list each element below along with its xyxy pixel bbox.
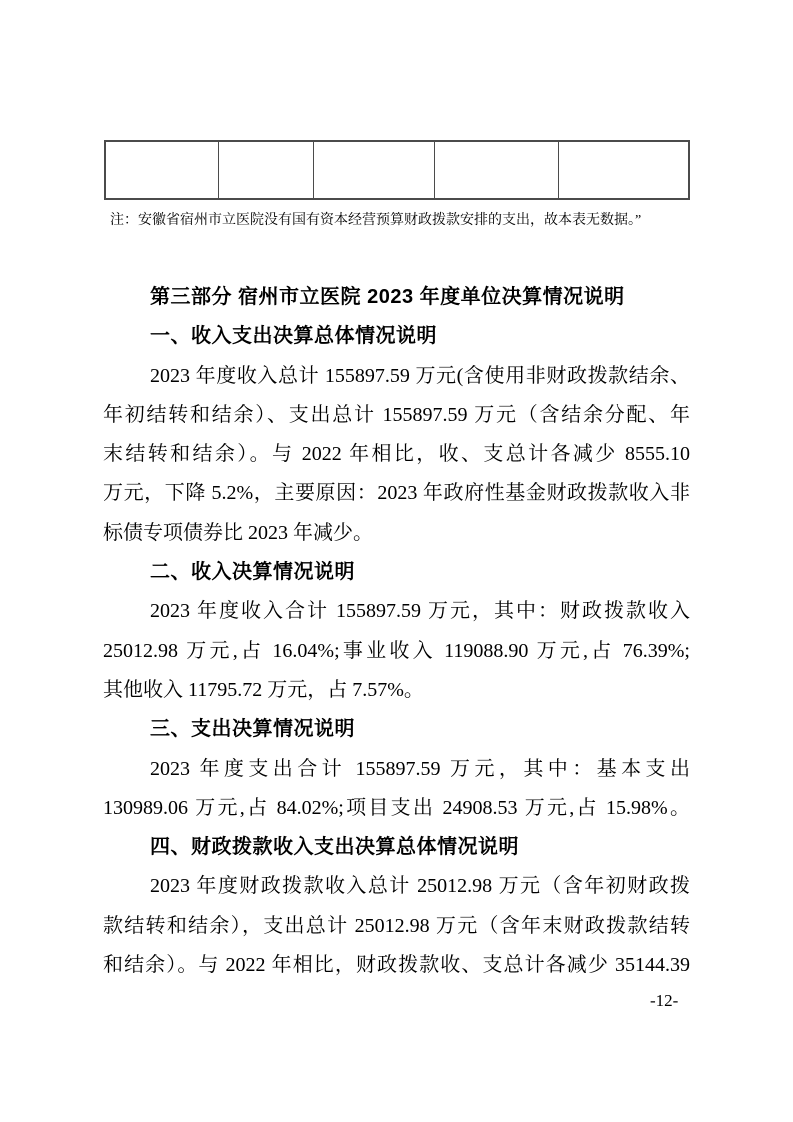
section3-heading: 三、支出决算情况说明 [103, 710, 690, 749]
report-body: 第三部分 宿州市立医院 2023 年度单位决算情况说明 一、收入支出决算总体情况… [103, 278, 690, 985]
section1-heading: 一、收入支出决算总体情况说明 [103, 317, 690, 356]
section4-heading: 四、财政拨款收入支出决算总体情况说明 [103, 828, 690, 867]
section2-paragraph-line: 其他收入 11795.72 万元，占 7.57%。 [103, 671, 690, 710]
section1-paragraph-line: 2023 年度收入总计 155897.59 万元(含使用非财政拨款结余、 [103, 357, 690, 396]
part3-main-heading: 第三部分 宿州市立医院 2023 年度单位决算情况说明 [103, 278, 690, 317]
section4-paragraph-line: 和结余）。与 2022 年相比，财政拨款收、支总计各减少 35144.39 [103, 946, 690, 985]
section1-paragraph-line: 年初结转和结余）、支出总计 155897.59 万元（含结余分配、年 [103, 396, 690, 435]
table-cell [219, 141, 314, 199]
table-cell [559, 141, 689, 199]
table-note: 注：安徽省宿州市立医院没有国有资本经营预算财政拨款安排的支出，故本表无数据。” [110, 211, 690, 230]
document-page: 注：安徽省宿州市立医院没有国有资本经营预算财政拨款安排的支出，故本表无数据。” … [0, 0, 793, 1122]
table-cell [434, 141, 558, 199]
section4-paragraph-line: 2023 年度财政拨款收入总计 25012.98 万元（含年初财政拨 [103, 867, 690, 906]
table-cell [313, 141, 434, 199]
section2-paragraph-line: 25012.98 万元,占 16.04%;事业收入 119088.90 万元,占… [103, 632, 690, 671]
section1-paragraph-line: 末结转和结余）。与 2022 年相比，收、支总计各减少 8555.10 [103, 435, 690, 474]
empty-budget-table [104, 140, 690, 200]
section4-paragraph-line: 款结转和结余），支出总计 25012.98 万元（含年末财政拨款结转 [103, 907, 690, 946]
table-cell [105, 141, 219, 199]
page-number: -12- [650, 991, 678, 1011]
section2-heading: 二、收入决算情况说明 [103, 553, 690, 592]
section3-paragraph-line: 2023 年度支出合计 155897.59 万元，其中：基本支出 [103, 750, 690, 789]
section2-paragraph-line: 2023 年度收入合计 155897.59 万元，其中：财政拨款收入 [103, 592, 690, 631]
table-row [105, 141, 689, 199]
section1-paragraph-line: 标债专项债券比 2023 年减少。 [103, 514, 690, 553]
section3-paragraph-line: 130989.06 万元,占 84.02%;项目支出 24908.53 万元,占… [103, 789, 690, 828]
section1-paragraph-line: 万元，下降 5.2%，主要原因：2023 年政府性基金财政拨款收入非 [103, 474, 690, 513]
